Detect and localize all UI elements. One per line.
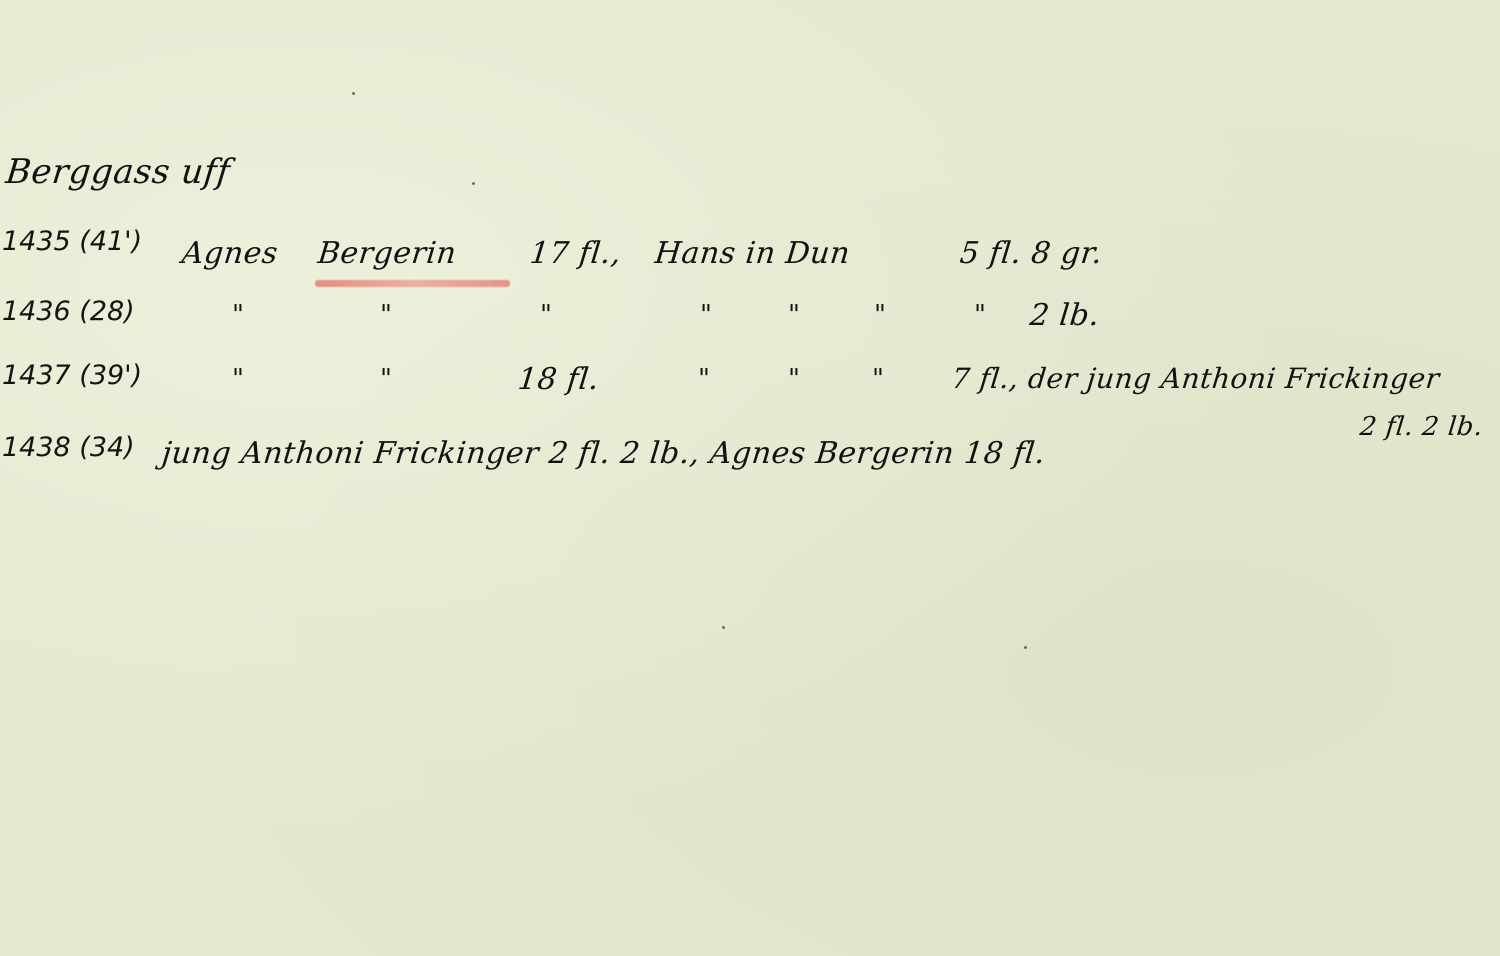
paper-speck: [1024, 646, 1027, 649]
paper-speck: [722, 626, 725, 629]
entry-year-1435: 1435 (41'): [2, 226, 142, 257]
entry-1435-amount-2: 5 fl. 8 gr.: [958, 236, 1104, 271]
ditto-mark: ": [874, 300, 886, 330]
ditto-mark: ": [698, 364, 710, 394]
card-header: Berggass uff: [4, 152, 232, 192]
ditto-mark: ": [540, 300, 552, 330]
entry-1435-name-highlighted: Bergerin: [316, 236, 458, 271]
entry-year-1437: 1437 (39'): [2, 360, 142, 391]
paper-speck: [472, 182, 475, 185]
entry-1435-name-first: Agnes: [180, 236, 280, 271]
entry-1437-amount-2: 7 fl., der jung Anthoni Frickinger: [950, 362, 1441, 395]
entry-1435-name-second: Hans in Dun: [653, 236, 852, 271]
entry-1438-text: jung Anthoni Frickinger 2 fl. 2 lb., Agn…: [160, 436, 1047, 471]
paper-speck: [352, 92, 355, 95]
entry-1437-amount-1: 18 fl.: [516, 362, 601, 397]
ditto-mark: ": [788, 300, 800, 330]
entry-1437-amount-3: 2 fl. 2 lb.: [1358, 412, 1484, 442]
entry-year-1436: 1436 (28): [2, 296, 135, 327]
ditto-mark: ": [872, 364, 884, 394]
entry-year-1438: 1438 (34): [2, 432, 135, 463]
entry-1435-amount-1: 17 fl.,: [528, 236, 623, 271]
ditto-mark: ": [788, 364, 800, 394]
ditto-mark: ": [232, 364, 244, 394]
ditto-mark: ": [974, 300, 986, 330]
ditto-mark: ": [700, 300, 712, 330]
index-card: Berggass uff 1435 (41') Agnes Bergerin 1…: [0, 0, 1500, 956]
ditto-mark: ": [232, 300, 244, 330]
ditto-mark: ": [380, 364, 392, 394]
red-pencil-underline: [315, 280, 510, 287]
ditto-mark: ": [380, 300, 392, 330]
entry-1436-amount: 2 lb.: [1028, 298, 1101, 333]
